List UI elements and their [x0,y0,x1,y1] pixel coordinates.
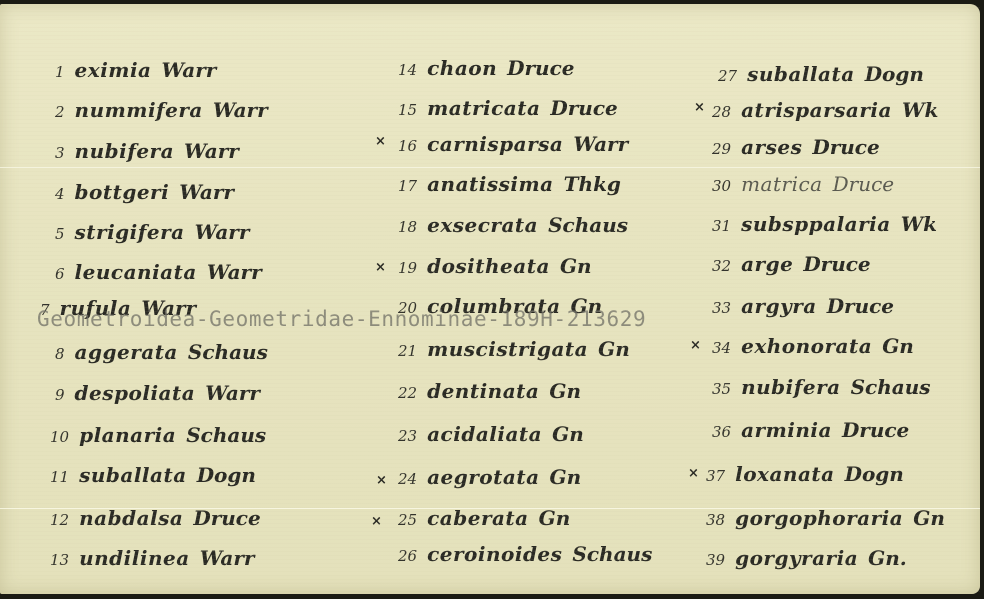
list-item: 3nubiferaWarr [55,139,239,165]
list-item: 14chaonDruce [398,56,574,82]
list-item: 24aegrotataGn [398,465,581,491]
cross-mark-icon: × [694,100,705,115]
list-item: 16carnisparsaWarr [398,132,628,158]
list-item: 36arminiaDruce [712,418,909,444]
list-item: 5strigiferaWarr [55,220,249,246]
cross-mark-icon: × [375,260,386,275]
list-item: 37loxanataDogn [706,462,904,488]
list-item: 1eximiaWarr [55,58,216,84]
list-item: 6leucaniataWarr [55,260,262,286]
list-item: 17anatissimaThkg [398,172,621,198]
cross-mark-icon: × [688,466,699,481]
list-item: 11suballataDogn [50,463,256,489]
list-item: 9despoliataWarr [55,381,260,407]
list-item: 23acidaliataGn [398,422,584,448]
cross-mark-icon: × [376,473,387,488]
list-item: 38gorgophorariaGn [706,506,945,532]
list-item: 10planariaSchaus [50,423,266,449]
list-item: 28atrisparsariaWk [712,98,938,124]
list-item: 13undilineaWarr [50,546,254,572]
list-item: 15matricataDruce [398,96,618,122]
list-item: 26ceroinoidesSchaus [398,542,652,568]
fold-line [0,167,980,168]
list-item: 30matricaDruce [712,172,894,198]
list-item: 33argyraDruce [712,294,894,320]
list-item: 39gorgyrariaGn. [706,546,907,572]
list-item: 31subsppalariaWk [712,212,937,238]
list-item: 27suballataDogn [718,62,924,88]
list-item: 21muscistrigataGn [398,337,630,363]
list-item: 35nubiferaSchaus [712,375,931,401]
list-item: 2nummiferaWarr [55,98,268,124]
list-item: 12nabdalsaDruce [50,506,261,532]
list-item: 25caberataGn [398,506,570,532]
list-item: 8aggerataSchaus [55,340,268,366]
list-item: 29arsesDruce [712,135,880,161]
cross-mark-icon: × [371,514,382,529]
list-item: 22dentinataGn [398,379,581,405]
catalog-label: Geometroidea-Geometridae-Ennominae-189H-… [37,307,646,331]
list-item: 32argeDruce [712,252,871,278]
list-item: 18exsecrataSchaus [398,213,628,239]
list-item: 19dositheataGn [398,254,592,280]
cross-mark-icon: × [375,134,386,149]
cross-mark-icon: × [690,338,701,353]
list-item: 4bottgeriWarr [55,180,234,206]
list-item: 34exhonorataGn [712,334,914,360]
index-card: 1eximiaWarr 2nummiferaWarr 3nubiferaWarr… [0,4,980,594]
